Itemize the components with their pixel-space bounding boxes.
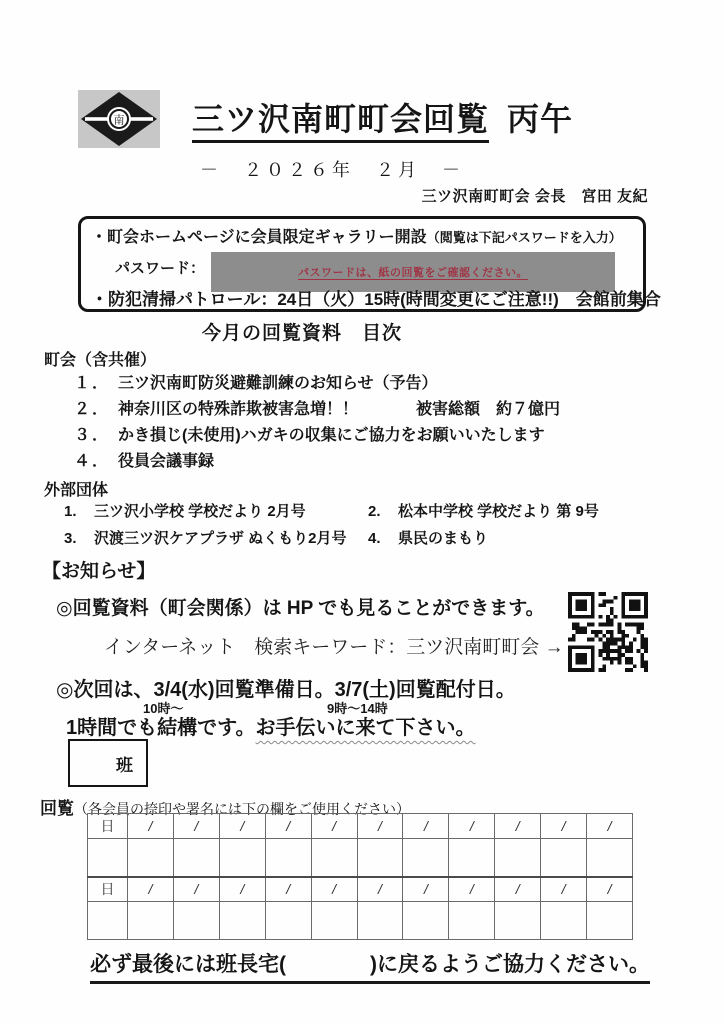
date-slash-cell: / bbox=[449, 877, 495, 902]
toc-item-text: 神奈川区の特殊詐欺被害急増！！ bbox=[118, 401, 358, 418]
circular-page: 南 三ツ沢南町町会回覧丙午 － ２０２６年 ２月 － 三ツ沢南町町会 会長 宮田… bbox=[0, 0, 724, 1024]
hp-availability-line: ◎回覧資料（町会関係）は HP でも見ることができます。 bbox=[56, 593, 545, 620]
date-slash-cell: / bbox=[265, 877, 311, 902]
stamp-cell bbox=[587, 902, 633, 940]
notice-box: ・町会ホームページに会員限定ギャラリー開設（閲覧は下記パスワードを入力） パスワ… bbox=[78, 216, 646, 312]
date-slash-cell: / bbox=[128, 814, 174, 839]
return-blank bbox=[286, 953, 370, 976]
toc-external-item: 1.三ツ沢小学校 学校だより 2月号 bbox=[64, 500, 306, 521]
stamp-cell bbox=[357, 839, 403, 877]
date-slash-cell: / bbox=[219, 814, 265, 839]
next-schedule-line: ◎次回は、3/4(水)回覧準備日。3/7(土)回覧配付日。 bbox=[56, 673, 516, 702]
date-slash-cell: / bbox=[495, 814, 541, 839]
notice-gallery-text: ・町会ホームページに会員限定ギャラリー開設 bbox=[91, 229, 427, 246]
page-title-main: 三ツ沢南町町会回覧 bbox=[192, 101, 489, 143]
return-instruction: 必ず最後には班長宅( )に戻るようご協力ください。 bbox=[90, 948, 650, 984]
qr-code bbox=[568, 592, 648, 672]
toc-section2-title: 外部団体 bbox=[44, 477, 108, 500]
stamp-cell bbox=[88, 839, 128, 877]
date-slash-cell: / bbox=[311, 877, 357, 902]
redaction-note: パスワードは、紙の回覧をご確認ください。 bbox=[298, 264, 528, 280]
stamp-cell bbox=[403, 902, 449, 940]
toc-section2-list: 1.三ツ沢小学校 学校だより 2月号2.松本中学校 学校だより 第 9号3.沢渡… bbox=[64, 500, 624, 554]
stamp-cell bbox=[449, 902, 495, 940]
stamp-cell bbox=[128, 902, 174, 940]
stamp-cell bbox=[173, 839, 219, 877]
date-slash-cell: / bbox=[311, 814, 357, 839]
stamp-cell bbox=[265, 902, 311, 940]
stamp-cell bbox=[541, 839, 587, 877]
toc-item-text: 松本中学校 学校だより 第 9号 bbox=[398, 503, 599, 520]
toc-external-row: 3.沢渡三ツ沢ケアプラザ ぬくもり2月号4.県民のまもり bbox=[64, 527, 624, 554]
date-slash-cell: / bbox=[173, 877, 219, 902]
toc-item-number: ４． bbox=[74, 448, 118, 471]
day-label-cell: 日 bbox=[88, 814, 128, 839]
help-head: 1時間でも結構です。 bbox=[66, 717, 256, 739]
toc-item-number: ２． bbox=[74, 396, 118, 419]
date-slash-cell: / bbox=[541, 877, 587, 902]
group-label: 班 bbox=[116, 751, 133, 776]
toc-item-text2: 被害総額 約７億円 bbox=[416, 401, 560, 418]
stamp-cell bbox=[357, 902, 403, 940]
date-row: 日/////////// bbox=[88, 877, 633, 902]
toc-section1-list: １．三ツ沢南町防災避難訓練のお知らせ（予告）２．神奈川区の特殊詐欺被害急増！！被… bbox=[74, 370, 560, 474]
toc-item: １．三ツ沢南町防災避難訓練のお知らせ（予告） bbox=[74, 370, 560, 396]
stamp-cell bbox=[587, 839, 633, 877]
stamp-cell bbox=[449, 839, 495, 877]
date-slash-cell: / bbox=[357, 877, 403, 902]
date-slash-cell: / bbox=[403, 814, 449, 839]
date-slash-cell: / bbox=[219, 877, 265, 902]
stamp-cell bbox=[173, 902, 219, 940]
date-slash-cell: / bbox=[128, 877, 174, 902]
issue-date: － ２０２６年 ２月 － bbox=[0, 156, 664, 182]
toc-item-number: 3. bbox=[64, 530, 94, 547]
patrol-tail: 会館前集合 bbox=[559, 290, 661, 309]
toc-item-text: 役員会議事録 bbox=[118, 453, 214, 470]
password-label: パスワード： bbox=[115, 257, 205, 278]
circulation-label: 回覧 bbox=[40, 799, 74, 818]
group-number-box: 班 bbox=[68, 739, 148, 787]
toc-section1-title: 町会（含共催） bbox=[44, 347, 156, 370]
toc-item-number: ３． bbox=[74, 422, 118, 445]
toc-item-text: かき損じ(未使用)ハガキの収集にご協力をお願いいたします bbox=[118, 427, 545, 444]
stamp-row bbox=[88, 902, 633, 940]
date-slash-cell: / bbox=[403, 877, 449, 902]
circulation-table-body: 日///////////日/////////// bbox=[88, 814, 633, 940]
page-title-era: 丙午 bbox=[507, 101, 573, 137]
date-slash-cell: / bbox=[541, 814, 587, 839]
help-request-line: 1時間でも結構です。お手伝いに来て下さい。 bbox=[66, 711, 476, 740]
association-logo: 南 bbox=[78, 90, 160, 148]
stamp-cell bbox=[219, 839, 265, 877]
date-slash-cell: / bbox=[495, 877, 541, 902]
toc-item-number: 2. bbox=[368, 503, 398, 520]
date-slash-cell: / bbox=[587, 814, 633, 839]
stamp-cell bbox=[88, 902, 128, 940]
patrol-time-underlined: 15時(時間変更にご注意!!) bbox=[364, 290, 559, 311]
toc-external-item: 3.沢渡三ツ沢ケアプラザ ぬくもり2月号 bbox=[64, 527, 347, 548]
stamp-cell bbox=[403, 839, 449, 877]
circulation-table: 日///////////日/////////// bbox=[87, 813, 633, 940]
stamp-row bbox=[88, 839, 633, 877]
stamp-cell bbox=[495, 902, 541, 940]
toc-item-text: 県民のまもり bbox=[398, 530, 488, 547]
search-keyword-line: インターネット 検索キーワード：三ツ沢南町町会 → bbox=[104, 632, 564, 659]
author-line: 三ツ沢南町町会 会長 宮田 友紀 bbox=[422, 185, 648, 206]
stamp-cell bbox=[495, 839, 541, 877]
date-row: 日/////////// bbox=[88, 814, 633, 839]
toc-item: ２．神奈川区の特殊詐欺被害急増！！被害総額 約７億円 bbox=[74, 396, 560, 422]
stamp-cell bbox=[219, 902, 265, 940]
notice-gallery-line: ・町会ホームページに会員限定ギャラリー開設（閲覧は下記パスワードを入力） bbox=[91, 224, 622, 247]
toc-external-item: 2.松本中学校 学校だより 第 9号 bbox=[368, 500, 599, 521]
toc-item-number: 1. bbox=[64, 503, 94, 520]
stamp-cell bbox=[128, 839, 174, 877]
toc-item-number: １． bbox=[74, 370, 118, 393]
announcements-heading: 【お知らせ】 bbox=[42, 556, 155, 583]
date-slash-cell: / bbox=[587, 877, 633, 902]
date-slash-cell: / bbox=[265, 814, 311, 839]
return-head: 必ず最後には班長宅( bbox=[90, 953, 286, 976]
toc-external-row: 1.三ツ沢小学校 学校だより 2月号2.松本中学校 学校だより 第 9号 bbox=[64, 500, 624, 527]
toc-external-item: 4.県民のまもり bbox=[368, 527, 488, 548]
page-title: 三ツ沢南町町会回覧丙午 bbox=[192, 94, 573, 140]
date-slash-cell: / bbox=[357, 814, 403, 839]
toc-item-text: 三ツ沢南町防災避難訓練のお知らせ（予告） bbox=[118, 375, 438, 392]
stamp-cell bbox=[311, 902, 357, 940]
notice-gallery-paren: （閲覧は下記パスワードを入力） bbox=[427, 230, 622, 245]
toc-item-text: 三ツ沢小学校 学校だより 2月号 bbox=[94, 503, 306, 520]
toc-item-text: 沢渡三ツ沢ケアプラザ ぬくもり2月号 bbox=[94, 530, 347, 547]
stamp-cell bbox=[541, 902, 587, 940]
date-slash-cell: / bbox=[449, 814, 495, 839]
return-tail: )に戻るようご協力ください。 bbox=[370, 953, 650, 976]
svg-text:南: 南 bbox=[114, 114, 125, 127]
day-label-cell: 日 bbox=[88, 877, 128, 902]
association-emblem-icon: 南 bbox=[78, 90, 160, 148]
toc-item: ４．役員会議事録 bbox=[74, 448, 560, 474]
toc-heading: 今月の回覧資料 目次 bbox=[0, 318, 604, 345]
toc-item-number: 4. bbox=[368, 530, 398, 547]
stamp-cell bbox=[311, 839, 357, 877]
help-wavy: お手伝いに来て下さい。 bbox=[256, 717, 476, 739]
stamp-cell bbox=[265, 839, 311, 877]
toc-item: ３．かき損じ(未使用)ハガキの収集にご協力をお願いいたします bbox=[74, 422, 560, 448]
patrol-head: ・防犯清掃パトロール：24日（火） bbox=[91, 290, 364, 309]
patrol-line: ・防犯清掃パトロール：24日（火）15時(時間変更にご注意!!) 会館前集合 bbox=[91, 285, 661, 310]
date-slash-cell: / bbox=[173, 814, 219, 839]
